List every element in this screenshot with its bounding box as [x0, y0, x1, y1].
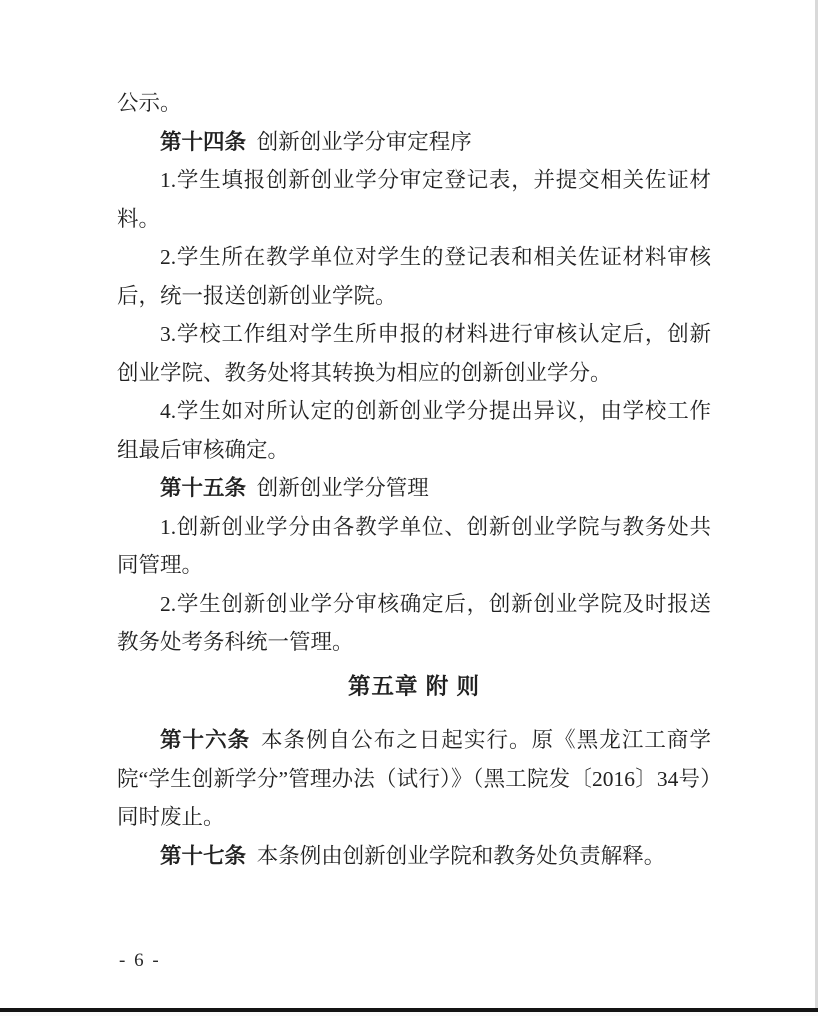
- paragraph-text: 本条例由创新创业学院和教务处负责解释。: [257, 844, 666, 868]
- paragraph-text: 2.学生所在教学单位对学生的登记表和相关佐证材料审核后，统一报送创新创业学院。: [117, 245, 711, 308]
- paragraph-text: 4.学生如对所认定的创新创业学分提出异议，由学校工作组最后审核确定。: [117, 399, 711, 462]
- article-label: 第十七条: [160, 844, 246, 868]
- paragraph-text: 3.学校工作组对学生所申报的材料进行审核认定后，创新创业学院、教务处将其转换为相…: [117, 322, 711, 385]
- document-page: 公示。 第十四条创新创业学分审定程序 1.学生填报创新创业学分审定登记表，并提交…: [0, 0, 818, 1016]
- paragraph-item-3: 3.学校工作组对学生所申报的材料进行审核认定后，创新创业学院、教务处将其转换为相…: [117, 315, 711, 392]
- paragraph-article-16: 第十六条本条例自公布之日起实行。原《黑龙江工商学院“学生创新学分”管理办法（试行…: [117, 721, 711, 837]
- paragraph-text: 1.创新创业学分由各教学单位、创新创业学院与教务处共同管理。: [117, 515, 711, 578]
- paragraph-article-15: 第十五条创新创业学分管理: [117, 469, 711, 508]
- chapter-heading: 第五章 附 则: [117, 668, 711, 707]
- paragraph-continuation: 公示。: [117, 84, 711, 123]
- paragraph-item-2b: 2.学生创新创业学分审核确定后，创新创业学院及时报送教务处考务科统一管理。: [117, 585, 711, 662]
- paragraph-article-14: 第十四条创新创业学分审定程序: [117, 123, 711, 162]
- closing-section: 第十六条本条例自公布之日起实行。原《黑龙江工商学院“学生创新学分”管理办法（试行…: [117, 721, 711, 875]
- paragraph-text: 2.学生创新创业学分审核确定后，创新创业学院及时报送教务处考务科统一管理。: [117, 592, 711, 655]
- paragraph-text: 1.学生填报创新创业学分审定登记表，并提交相关佐证材料。: [117, 168, 711, 231]
- page-bottom-gutter: [0, 1012, 818, 1016]
- article-label: 第十六条: [160, 728, 250, 752]
- paragraph-item-4: 4.学生如对所认定的创新创业学分提出异议，由学校工作组最后审核确定。: [117, 392, 711, 469]
- paragraph-item-1: 1.学生填报创新创业学分审定登记表，并提交相关佐证材料。: [117, 161, 711, 238]
- page-number: - 6 -: [119, 950, 161, 972]
- document-body: 公示。 第十四条创新创业学分审定程序 1.学生填报创新创业学分审定登记表，并提交…: [117, 0, 711, 875]
- article-label: 第十五条: [160, 476, 246, 500]
- paragraph-text: 创新创业学分管理: [257, 476, 429, 500]
- paragraph-text: 创新创业学分审定程序: [257, 130, 472, 154]
- paragraph-item-2: 2.学生所在教学单位对学生的登记表和相关佐证材料审核后，统一报送创新创业学院。: [117, 238, 711, 315]
- article-label: 第十四条: [160, 130, 246, 154]
- paragraph-article-17: 第十七条本条例由创新创业学院和教务处负责解释。: [117, 837, 711, 876]
- paragraph-text: 公示。: [117, 91, 182, 115]
- page-bottom-border: [0, 1008, 818, 1012]
- paragraph-item-1b: 1.创新创业学分由各教学单位、创新创业学院与教务处共同管理。: [117, 508, 711, 585]
